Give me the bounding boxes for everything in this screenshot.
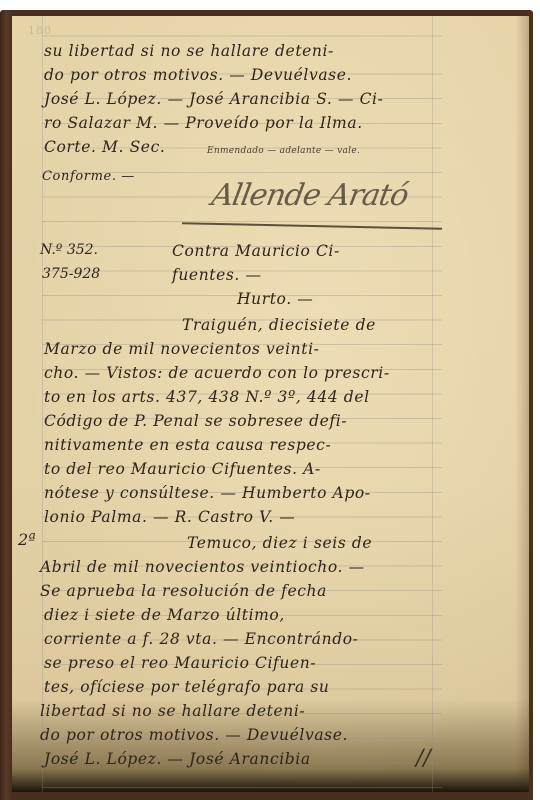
text-line: Temuco, diez i seis de <box>187 534 372 552</box>
text-line: su libertad si no se hallare deteni- <box>44 42 334 60</box>
text-line: do por otros motivos. — Devuélvase. <box>40 726 348 744</box>
entry-number: N.º 352. <box>40 242 98 258</box>
text-line: Corte. M. Sec. <box>44 138 165 156</box>
text-line: to del reo Mauricio Cifuentes. A- <box>44 460 321 478</box>
text-line: corriente a f. 28 vta. — Encontrándo- <box>44 630 358 648</box>
text-line: do por otros motivos. — Devuélvase. <box>44 66 352 84</box>
entry-title-line: Contra Mauricio Ci- <box>172 242 340 260</box>
text-line: Se aprueba la resolución de fecha <box>40 582 327 600</box>
entry-title-line: fuentes. — <box>172 266 262 284</box>
text-line: diez i siete de Marzo último, <box>44 606 285 624</box>
second-instance-label: 2ª <box>18 530 36 549</box>
page-number: 180 <box>28 24 52 37</box>
text-line: nótese y consúltese. — Humberto Apo- <box>44 484 371 502</box>
text-line: Abril de mil novecientos veintiocho. — <box>40 558 365 576</box>
emendation-note: Enmendado — adelante — vale. <box>207 146 360 156</box>
text-line: Marzo de mil novecientos veinti- <box>44 340 319 358</box>
clerk-signature: Allende Arató <box>209 178 411 213</box>
text-line: ro Salazar M. — Proveído por la Ilma. <box>44 114 363 132</box>
text-line: tes, ofíciese por telégrafo para su <box>44 678 329 696</box>
entry-reference: 375-928 <box>42 266 100 282</box>
text-line: to en los arts. 437, 438 N.º 3º, 444 del <box>44 388 370 406</box>
text-line: se preso el reo Mauricio Cifuen- <box>44 654 316 672</box>
text-line: Traiguén, diecisiete de <box>182 316 376 334</box>
end-of-entry-mark: // <box>416 746 431 771</box>
text-line: José L. López. — José Arancibia <box>44 750 311 768</box>
text-line: lonio Palma. — R. Castro V. — <box>44 508 295 526</box>
crime-label: Hurto. — <box>237 290 313 308</box>
right-margin-line <box>432 16 433 792</box>
left-margin-line <box>42 16 43 792</box>
text-line: cho. — Vistos: de acuerdo con lo prescri… <box>44 364 390 382</box>
text-line: nitivamente en esta causa respec- <box>44 436 331 454</box>
conforme-label: Conforme. — <box>42 169 135 184</box>
text-line: Código de P. Penal se sobresee defi- <box>44 412 347 430</box>
text-line: José L. López. — José Arancibia S. — Ci- <box>44 90 383 108</box>
text-line: libertad si no se hallare deteni- <box>40 702 305 720</box>
ledger-page: 180 su libertad si no se hallare deteni-… <box>12 16 529 792</box>
